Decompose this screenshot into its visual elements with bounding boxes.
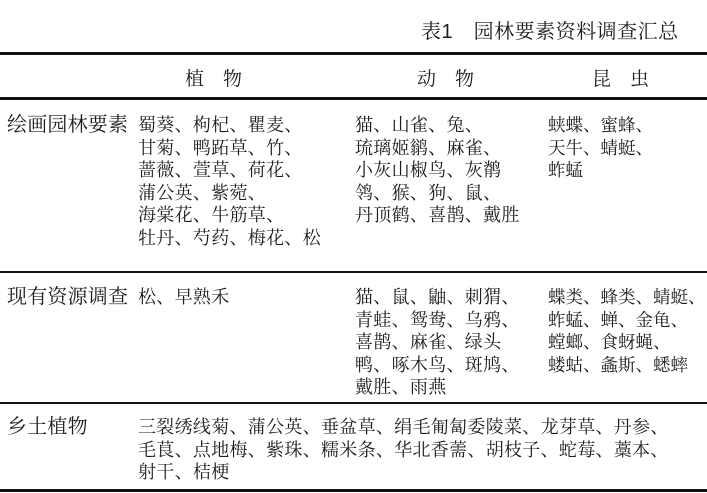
table-bottom-rule [0,489,707,492]
table-row-native-plants: 乡土植物 三裂绣线菊、蒲公英、垂盆草、绢毛匍匐委陵菜、龙芽草、丹参、 毛茛、点地… [0,416,707,484]
table-header-row: 植 物 动 物 昆 虫 [0,60,707,94]
row-label-painted-garden-elements: 绘画园林要素 [7,114,138,249]
cell-painted-insects: 蛱蝶、蜜蜂、 天牛、蜻蜓、 蚱蜢 [548,114,707,249]
column-header-insects: 昆 虫 [592,64,649,91]
row-divider-rule-1 [0,271,707,273]
row-label-existing-resources-survey: 现有资源调查 [7,286,138,399]
table-row-existing-resources-survey: 现有资源调查 松、早熟禾 猫、鼠、鼬、刺猬、 青蛙、鸳鸯、乌鸦、 喜鹊、麻雀、绿… [0,286,707,399]
column-header-animals: 动 物 [417,64,474,91]
table-row-painted-garden-elements: 绘画园林要素 蜀葵、枸杞、瞿麦、 甘菊、鸭跖草、竹、 蔷薇、萱草、荷花、 蒲公英… [0,114,707,249]
cell-existing-plants: 松、早熟禾 [138,286,355,399]
cell-painted-plants: 蜀葵、枸杞、瞿麦、 甘菊、鸭跖草、竹、 蔷薇、萱草、荷花、 蒲公英、紫菀、 海棠… [138,114,355,249]
row-divider-rule-2 [0,402,707,404]
paper-table-page: 表1 园林要素资料调查汇总 植 物 动 物 昆 虫 绘画园林要素 蜀葵、枸杞、瞿… [0,0,707,493]
cell-painted-animals: 猫、山雀、兔、 琉璃姬鹟、麻雀、 小灰山椒鸟、灰鹡 鸰、猴、狗、鼠、 丹顶鹤、喜… [355,114,548,249]
table-header-rule [0,97,707,100]
column-header-plants: 植 物 [185,64,242,91]
cell-existing-animals: 猫、鼠、鼬、刺猬、 青蛙、鸳鸯、乌鸦、 喜鹊、麻雀、绿头 鸭、啄木鸟、斑鸠、 戴… [355,286,548,399]
row-label-native-plants: 乡土植物 [7,416,138,484]
cell-native-plants-content: 三裂绣线菊、蒲公英、垂盆草、绢毛匍匐委陵菜、龙芽草、丹参、 毛茛、点地梅、紫珠、… [138,416,707,484]
table-top-rule [0,52,707,55]
table-caption: 表1 园林要素资料调查汇总 [421,15,679,44]
cell-existing-insects: 蝶类、蜂类、蜻蜓、 蚱蜢、蝉、金龟、 螳螂、食蚜蝇、 蝼蛄、螽斯、蟋蟀 [548,286,707,399]
